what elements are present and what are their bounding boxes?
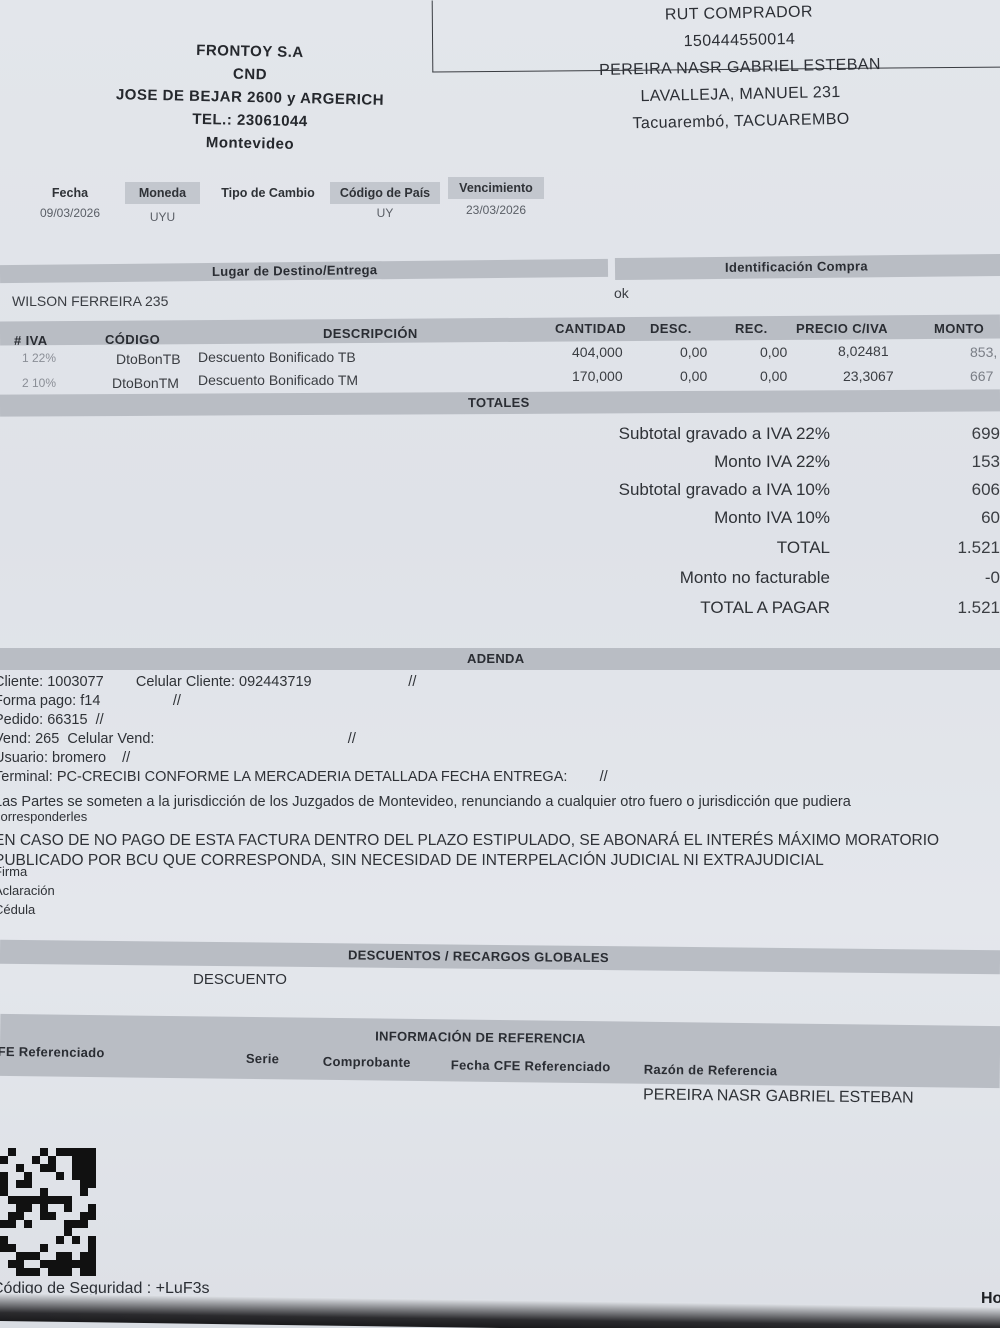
footer-corner-text: Ho [981, 1290, 1000, 1308]
header-col-tipo-cambio: Tipo de Cambio [212, 182, 324, 204]
adenda-line-pedido: Pedido: 66315 // [0, 712, 104, 728]
row-iva: 2 10% [22, 376, 56, 390]
row-price: 23,3067 [843, 368, 894, 384]
buyer-block: RUT COMPRADOR 150444550014 PEREIRA NASR … [539, 0, 942, 139]
table-row: 2 10% DtoBonTM Descuento Bonificado TM 1… [0, 370, 1000, 392]
global-discounts-title: DESCUENTOS / RECARGOS GLOBALES [348, 945, 609, 968]
adenda-line-forma-pago: Forma pago: f14 // [0, 693, 181, 709]
row-qty: 404,000 [572, 344, 623, 360]
total-label-subtotal-10: Subtotal gravado a IVA 10% [619, 480, 830, 500]
reference-title: INFORMACIÓN DE REFERENCIA [375, 1026, 586, 1049]
items-col-precio: PRECIO C/IVA [796, 321, 888, 336]
ident-label: Identificación Compra [725, 256, 868, 277]
total-value-total: 1.521 [920, 538, 1000, 558]
row-amount: 667 [970, 368, 993, 384]
total-label-iva-10: Monto IVA 10% [714, 508, 830, 528]
header-val-codigo-pais: UY [330, 206, 440, 220]
row-amount: 853, [970, 344, 997, 360]
total-label-total: TOTAL [777, 538, 830, 558]
adenda-title: ADENDA [467, 649, 524, 669]
adenda-line-no-pago: EN CASO DE NO PAGO DE ESTA FACTURA DENTR… [0, 832, 939, 850]
row-price: 8,02481 [838, 343, 889, 359]
row-iva: 1 22% [22, 351, 56, 365]
delivery-value: WILSON FERREIRA 235 [12, 293, 168, 309]
row-qty: 170,000 [572, 368, 623, 384]
header-col-codigo-pais: Código de País [330, 182, 440, 204]
row-desc: 0,00 [680, 368, 707, 384]
header-col-fecha: Fecha [20, 182, 120, 204]
adenda-line-vendedor: Vend: 265 Celular Vend: // [0, 731, 356, 747]
row-rec: 0,00 [760, 368, 787, 384]
adenda-line-terminal: Terminal: PC-CRECIBI CONFORME LA MERCADE… [0, 769, 608, 785]
global-discounts-value: DESCUENTO [193, 971, 287, 988]
ident-value: ok [614, 285, 629, 301]
row-code: DtoBonTM [112, 375, 179, 391]
totals-title: TOTALES [468, 393, 530, 413]
reference-col-fecha: Fecha CFE Referenciado [451, 1055, 611, 1077]
reference-value: PEREIRA NASR GABRIEL ESTEBAN [643, 1086, 914, 1107]
items-col-monto: MONTO [934, 321, 984, 336]
items-col-rec: REC. [735, 321, 768, 336]
header-val-moneda: UYU [125, 210, 200, 224]
total-value-subtotal-22: 699 [920, 424, 1000, 444]
row-code: DtoBonTB [116, 351, 181, 367]
header-col-vencimiento: Vencimiento [448, 177, 544, 199]
reference-col-cfe: CFE Referenciado [0, 1042, 105, 1063]
ident-header-bar: Identificación Compra [615, 254, 1000, 280]
reference-header-bar: INFORMACIÓN DE REFERENCIA CFE Referencia… [0, 1014, 1000, 1088]
adenda-header-bar: ADENDA [0, 648, 1000, 670]
header-val-vencimiento: 23/03/2026 [448, 203, 544, 217]
total-value-iva-10: 60 [920, 508, 1000, 528]
total-label-no-facturable: Monto no facturable [680, 568, 830, 588]
total-value-no-facturable: -0 [920, 568, 1000, 588]
adenda-line-cliente: Cliente: 1003077 Celular Cliente: 092443… [0, 674, 416, 690]
adenda-line-cedula: Cédula [0, 902, 35, 917]
items-col-cantidad: CANTIDAD [555, 321, 626, 336]
reference-col-serie: Serie [246, 1049, 280, 1069]
adenda-line-firma: Firma [0, 864, 27, 879]
table-row: 1 22% DtoBonTB Descuento Bonificado TB 4… [0, 346, 1000, 368]
items-col-desc: DESC. [650, 321, 692, 336]
reference-col-razon: Razón de Referencia [644, 1060, 778, 1082]
total-label-iva-22: Monto IVA 22% [714, 452, 830, 472]
adenda-line-bcu: PUBLICADO POR BCU QUE CORRESPONDA, SIN N… [0, 852, 824, 870]
adenda-line-corresponderles: corresponderles [0, 809, 87, 824]
header-val-fecha: 09/03/2026 [20, 206, 120, 220]
row-desc: 0,00 [680, 344, 707, 360]
total-value-iva-22: 153 [920, 452, 1000, 472]
reference-col-comprobante: Comprobante [323, 1052, 411, 1073]
total-value-subtotal-10: 606 [920, 480, 1000, 500]
items-col-descripcion: DESCRIPCIÓN [323, 326, 418, 341]
row-description: Descuento Bonificado TM [198, 372, 358, 388]
adenda-line-usuario: Usuario: bromero // [0, 750, 130, 766]
items-col-codigo: CÓDIGO [105, 332, 160, 347]
row-rec: 0,00 [760, 344, 787, 360]
qr-code [0, 1148, 96, 1278]
row-description: Descuento Bonificado TB [198, 349, 356, 365]
delivery-label: Lugar de Destino/Entrega [212, 260, 378, 282]
total-value-a-pagar: 1.521 [920, 598, 1000, 618]
header-col-moneda: Moneda [125, 182, 200, 204]
emitter-block: FRONTOY S.A CND JOSE DE BEJAR 2600 y ARG… [60, 40, 440, 155]
adenda-line-jurisdiccion: Las Partes se someten a la jurisdicción … [0, 794, 851, 810]
total-label-a-pagar: TOTAL A PAGAR [700, 598, 830, 618]
total-label-subtotal-22: Subtotal gravado a IVA 22% [619, 424, 830, 444]
adenda-line-aclaracion: Aclaración [0, 883, 55, 898]
